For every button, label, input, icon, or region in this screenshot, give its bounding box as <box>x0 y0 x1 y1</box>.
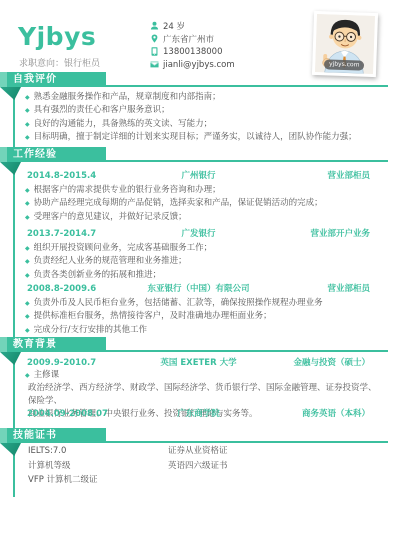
entry-period: 2013.7-2014.7 <box>27 228 122 240</box>
section-title-education: 教育背景 <box>0 337 106 352</box>
entry-degree: 金融与投资（硕士） <box>275 357 370 369</box>
diamond-bullet-icon: ◆ <box>25 91 30 104</box>
contact-email-value: jianli@yjbys.com <box>163 60 235 70</box>
section-title-skills: 技能证书 <box>0 428 106 443</box>
entry-position: 营业部柜员 <box>275 170 370 182</box>
diamond-bullet-icon: ◆ <box>25 184 30 197</box>
entry-company: 广发银行 <box>122 228 275 240</box>
skill-cell: 计算机等级 <box>28 459 168 474</box>
location-pin-icon <box>149 34 159 44</box>
contact-phone-value: 13800138000 <box>163 47 223 57</box>
skills-row: IELTS:7.0 证券从业资格证 <box>28 444 377 459</box>
education-entry-list: ◆主修课 <box>25 369 377 382</box>
phone-icon <box>149 47 159 57</box>
diamond-bullet-icon: ◆ <box>25 369 30 382</box>
bullet-text: 主修课 <box>34 369 60 382</box>
education-entry-header: 2004.09-2008.07 广东商学院 商务英语（本科） <box>27 408 370 420</box>
skills-row: 计算机等级 英语四六级证书 <box>28 459 377 474</box>
diamond-bullet-icon: ◆ <box>25 211 30 224</box>
list-item: ◆主修课 <box>25 369 377 382</box>
entry-period: 2009.9-2010.7 <box>27 357 122 369</box>
skills-row: VFP 计算机二级证 <box>28 473 377 488</box>
bullet-text: 目标明确，擅于制定详细的计划来实现目标；严谨务实，以诚待人，团队协作能力强； <box>34 131 357 144</box>
entry-school: 英国 EXETER 大学 <box>122 357 275 369</box>
bullet-text: 根据客户的需求提供专业的银行业务咨询和办理； <box>34 184 221 197</box>
list-item: ◆负责各类创新业务的拓展和推进； <box>25 269 377 282</box>
contact-location: 广东省广州市 <box>149 32 235 45</box>
entry-company: 广州银行 <box>122 170 275 182</box>
diamond-bullet-icon: ◆ <box>25 242 30 255</box>
bullet-text: 负责外币及人民币柜台业务，包括储蓄、汇款等，确保按照操作规程办理业务 <box>34 297 323 310</box>
diamond-bullet-icon: ◆ <box>25 324 30 337</box>
entry-period: 2014.8-2015.4 <box>27 170 122 182</box>
contact-age: 24 岁 <box>149 19 235 32</box>
diamond-bullet-icon: ◆ <box>25 310 30 323</box>
diamond-bullet-icon: ◆ <box>25 118 30 131</box>
skill-cell <box>168 473 377 488</box>
work-entry-header: 2014.8-2015.4 广州银行 营业部柜员 <box>27 170 370 182</box>
contact-age-value: 24 岁 <box>163 20 185 32</box>
bullet-text: 组织开展投资顾问业务，完成客基础服务工作； <box>34 242 213 255</box>
bullet-text: 协助产品经理完成每期的产品促销，选择卖家和产品，保证促销活动的完成； <box>34 197 323 210</box>
list-item: ◆受理客户的意见建议，并做好记录反馈； <box>25 211 377 224</box>
diamond-bullet-icon: ◆ <box>25 269 30 282</box>
entry-company: 东亚银行（中国）有限公司 <box>122 283 275 295</box>
bullet-text: 受理客户的意见建议，并做好记录反馈； <box>34 211 187 224</box>
bullet-text: 具有强烈的责任心和客户服务意识； <box>34 104 170 117</box>
list-item: ◆负责外币及人民币柜台业务，包括储蓄、汇款等，确保按照操作规程办理业务 <box>25 297 377 310</box>
work-entry-header: 2013.7-2014.7 广发银行 营业部开户业务 <box>27 228 370 240</box>
skill-cell: 证券从业资格证 <box>168 444 377 459</box>
section-title-work-experience: 工作经验 <box>0 147 106 162</box>
job-intention: 求职意向：银行柜员 <box>19 56 100 69</box>
course-line: 政治经济学、西方经济学、财政学、国际经济学、货币银行学、国际金融管理、证券投资学… <box>28 382 377 408</box>
diamond-bullet-icon: ◆ <box>25 255 30 268</box>
list-item: ◆完成分行/支行安排的其他工作 <box>25 324 377 337</box>
avatar: yjbys.com <box>312 11 378 77</box>
list-item: ◆负责经纪人业务的规范管理和业务推进； <box>25 255 377 268</box>
mail-icon <box>149 60 159 70</box>
diamond-bullet-icon: ◆ <box>25 197 30 210</box>
bullet-text: 负责经纪人业务的规范管理和业务推进； <box>34 255 187 268</box>
avatar-photo: yjbys.com <box>315 14 375 74</box>
list-item: ◆目标明确，擅于制定详细的计划来实现目标；严谨务实，以诚待人，团队协作能力强； <box>25 131 377 144</box>
skills-table: IELTS:7.0 证券从业资格证 计算机等级 英语四六级证书 VFP 计算机二… <box>28 444 377 488</box>
entry-school: 广东商学院 <box>122 408 275 420</box>
bullet-text: 熟悉金融服务操作和产品，规章制度和内部指南； <box>34 91 221 104</box>
contact-email: jianli@yjbys.com <box>149 58 235 71</box>
avatar-watermark: yjbys.com <box>324 59 365 70</box>
list-item: ◆提供标准柜台服务，热情接待客户，及时准确地办理柜面业务； <box>25 310 377 323</box>
list-item: ◆具有强烈的责任心和客户服务意识； <box>25 104 377 117</box>
diamond-bullet-icon: ◆ <box>25 104 30 117</box>
list-item: ◆组织开展投资顾问业务，完成客基础服务工作； <box>25 242 377 255</box>
work-entry-header: 2008.8-2009.6 东亚银行（中国）有限公司 营业部柜员 <box>27 283 370 295</box>
skill-cell: VFP 计算机二级证 <box>28 473 168 488</box>
entry-degree: 商务英语（本科） <box>275 408 370 420</box>
entry-period: 2004.09-2008.07 <box>27 408 122 420</box>
work-entry-list: ◆根据客户的需求提供专业的银行业务咨询和办理； ◆协助产品经理完成每期的产品促销… <box>25 184 377 224</box>
self-evaluation-list: ◆熟悉金融服务操作和产品，规章制度和内部指南； ◆具有强烈的责任心和客户服务意识… <box>25 91 377 145</box>
bullet-text: 提供标准柜台服务，热情接待客户，及时准确地办理柜面业务； <box>34 310 272 323</box>
contact-phone: 13800138000 <box>149 45 235 58</box>
brand-logo: Yjbys <box>18 22 96 51</box>
education-entry-header: 2009.9-2010.7 英国 EXETER 大学 金融与投资（硕士） <box>27 357 370 369</box>
user-icon <box>149 21 159 31</box>
skill-cell: 英语四六级证书 <box>168 459 377 474</box>
entry-period: 2008.8-2009.6 <box>27 283 122 295</box>
work-entry-list: ◆负责外币及人民币柜台业务，包括储蓄、汇款等，确保按照操作规程办理业务 ◆提供标… <box>25 297 377 337</box>
diamond-bullet-icon: ◆ <box>25 131 30 144</box>
resume-page: Yjbys 求职意向：银行柜员 24 岁 广东省广州市 13800138000 … <box>0 0 395 559</box>
list-item: ◆协助产品经理完成每期的产品促销，选择卖家和产品，保证促销活动的完成； <box>25 197 377 210</box>
entry-position: 营业部开户业务 <box>275 228 370 240</box>
list-item: ◆良好的沟通能力，具备熟练的英文读、写能力； <box>25 118 377 131</box>
section-title-self-evaluation: 自我评价 <box>0 72 106 87</box>
diamond-bullet-icon: ◆ <box>25 297 30 310</box>
list-item: ◆熟悉金融服务操作和产品，规章制度和内部指南； <box>25 91 377 104</box>
bullet-text: 负责各类创新业务的拓展和推进； <box>34 269 162 282</box>
bullet-text: 完成分行/支行安排的其他工作 <box>34 324 147 337</box>
list-item: ◆根据客户的需求提供专业的银行业务咨询和办理； <box>25 184 377 197</box>
work-entry-list: ◆组织开展投资顾问业务，完成客基础服务工作； ◆负责经纪人业务的规范管理和业务推… <box>25 242 377 282</box>
skill-cell: IELTS:7.0 <box>28 444 168 459</box>
bullet-text: 良好的沟通能力，具备熟练的英文读、写能力； <box>34 118 213 131</box>
contact-location-value: 广东省广州市 <box>163 33 214 45</box>
entry-position: 营业部柜员 <box>275 283 370 295</box>
contact-list: 24 岁 广东省广州市 13800138000 jianli@yjbys.com <box>149 19 235 71</box>
